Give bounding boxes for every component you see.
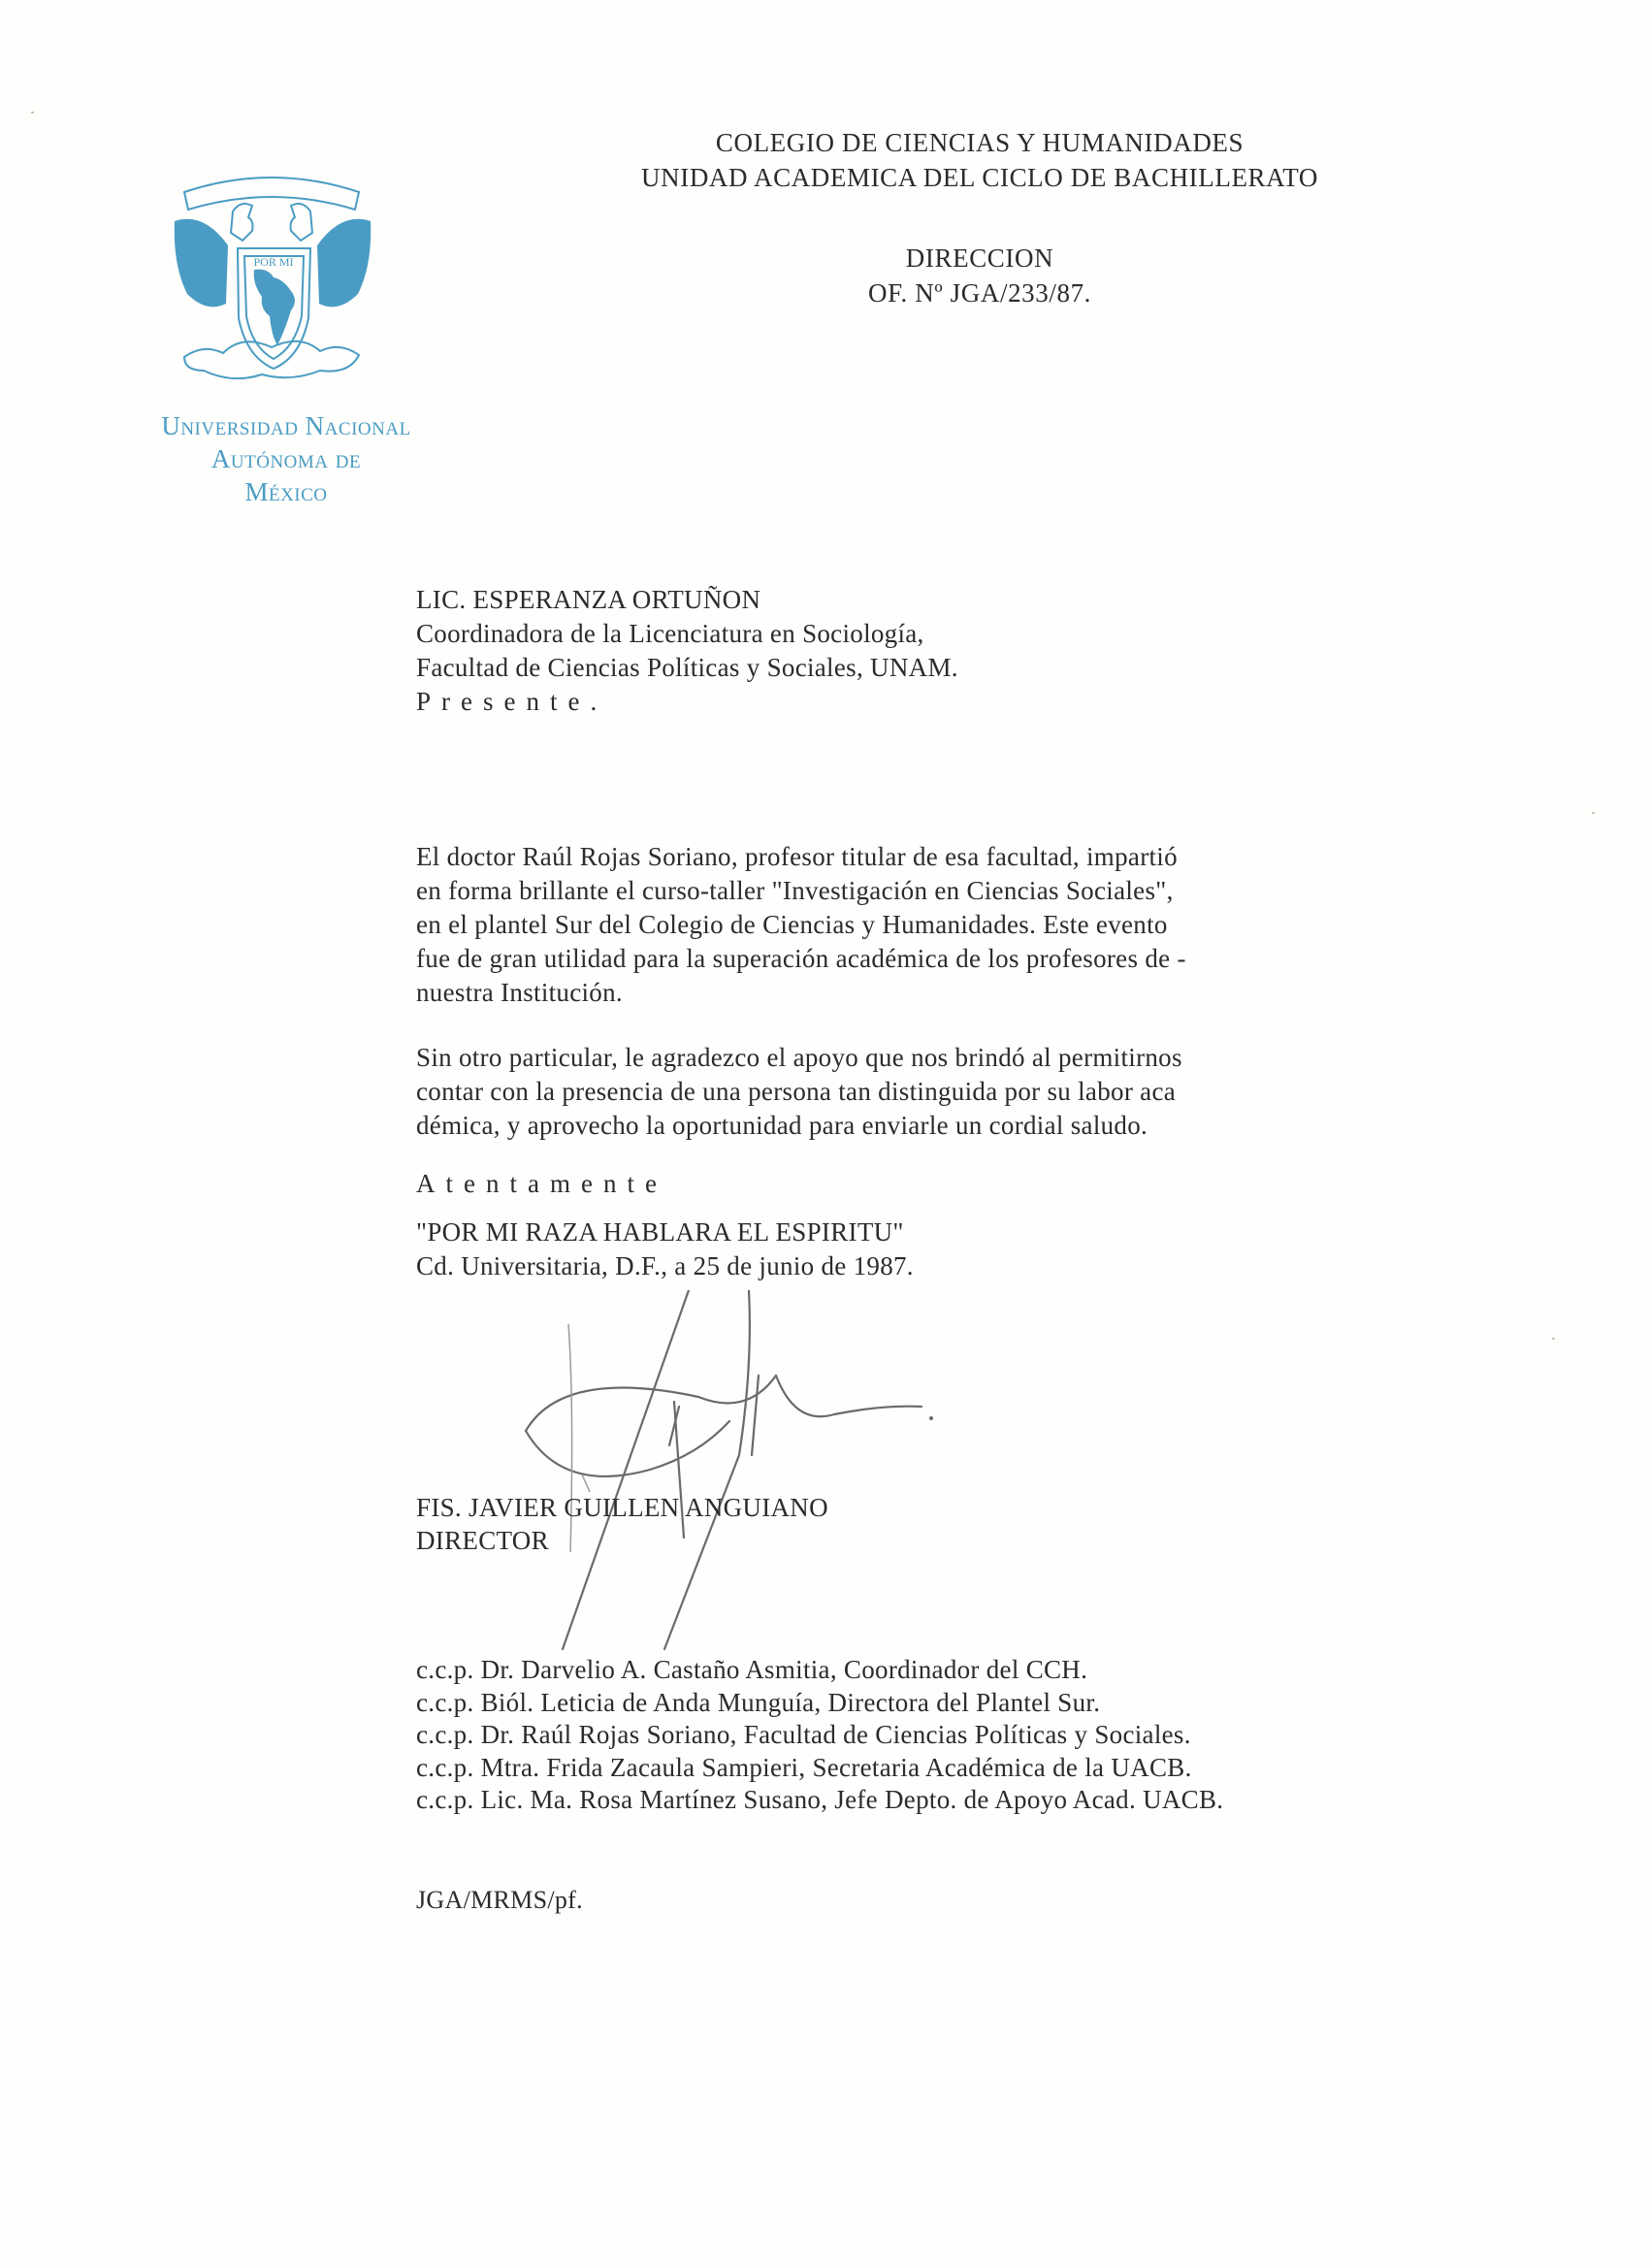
cc-item: c.c.p. Dr. Raúl Rojas Soriano, Facultad … [416,1719,1223,1752]
university-name-line3: México [126,477,446,507]
unam-crest-icon: POR MI [165,163,380,398]
paragraph-line: fue de gran utilidad para la superación … [416,942,1186,976]
reference-number: OF. Nº JGA/233/87. [737,278,1222,308]
paragraph-line: démica, y aprovecho la oportunidad para … [416,1109,1182,1143]
cc-item: c.c.p. Mtra. Frida Zacaula Sampieri, Sec… [416,1752,1223,1785]
cc-item: c.c.p. Biól. Leticia de Anda Munguía, Di… [416,1687,1223,1720]
valediction: Atentamente [416,1167,667,1201]
paragraph-line: en el plantel Sur del Colegio de Ciencia… [416,908,1186,942]
handwritten-signature-icon [504,1290,951,1659]
institution-line1: COLEGIO DE CIENCIAS Y HUMANIDADES [543,128,1416,158]
cc-list: c.c.p. Dr. Darvelio A. Castaño Asmitia, … [416,1654,1223,1817]
department-label: DIRECCION [737,243,1222,274]
paragraph-line: nuestra Institución. [416,976,1186,1010]
motto: "POR MI RAZA HABLARA EL ESPIRITU" [416,1215,904,1249]
paragraph-line: El doctor Raúl Rojas Soriano, profesor t… [416,840,1186,874]
scan-speck [1552,1338,1555,1340]
signatory-name: FIS. JAVIER GUILLEN ANGUIANO [416,1491,828,1525]
recipient-block: LIC. ESPERANZA ORTUÑON Coordinadora de l… [416,583,958,719]
signatory-position: DIRECTOR [416,1524,549,1558]
place-date: Cd. Universitaria, D.F., a 25 de junio d… [416,1249,914,1283]
university-name-line1: Universidad Nacional [126,411,446,441]
recipient-organization: Facultad de Ciencias Políticas y Sociale… [416,651,958,685]
svg-text:POR MI: POR MI [253,255,293,269]
cc-item: c.c.p. Lic. Ma. Rosa Martínez Susano, Je… [416,1784,1223,1817]
paragraph-line: Sin otro particular, le agradezco el apo… [416,1041,1182,1075]
reference-initials: JGA/MRMS/pf. [416,1883,583,1917]
recipient-title: Coordinadora de la Licenciatura en Socio… [416,617,958,651]
scan-speck [1592,812,1595,814]
scan-speck [31,112,34,113]
salutation: Presente. [416,685,958,719]
paragraph-line: en forma brillante el curso-taller "Inve… [416,874,1186,908]
university-name-line2: Autónoma de [126,444,446,474]
paragraph-line: contar con la presencia de una persona t… [416,1075,1182,1109]
body-paragraph-1: El doctor Raúl Rojas Soriano, profesor t… [416,840,1186,1010]
institution-line2: UNIDAD ACADEMICA DEL CICLO DE BACHILLERA… [543,163,1416,193]
body-paragraph-2: Sin otro particular, le agradezco el apo… [416,1041,1182,1143]
cc-item: c.c.p. Dr. Darvelio A. Castaño Asmitia, … [416,1654,1223,1687]
recipient-name: LIC. ESPERANZA ORTUÑON [416,583,958,617]
